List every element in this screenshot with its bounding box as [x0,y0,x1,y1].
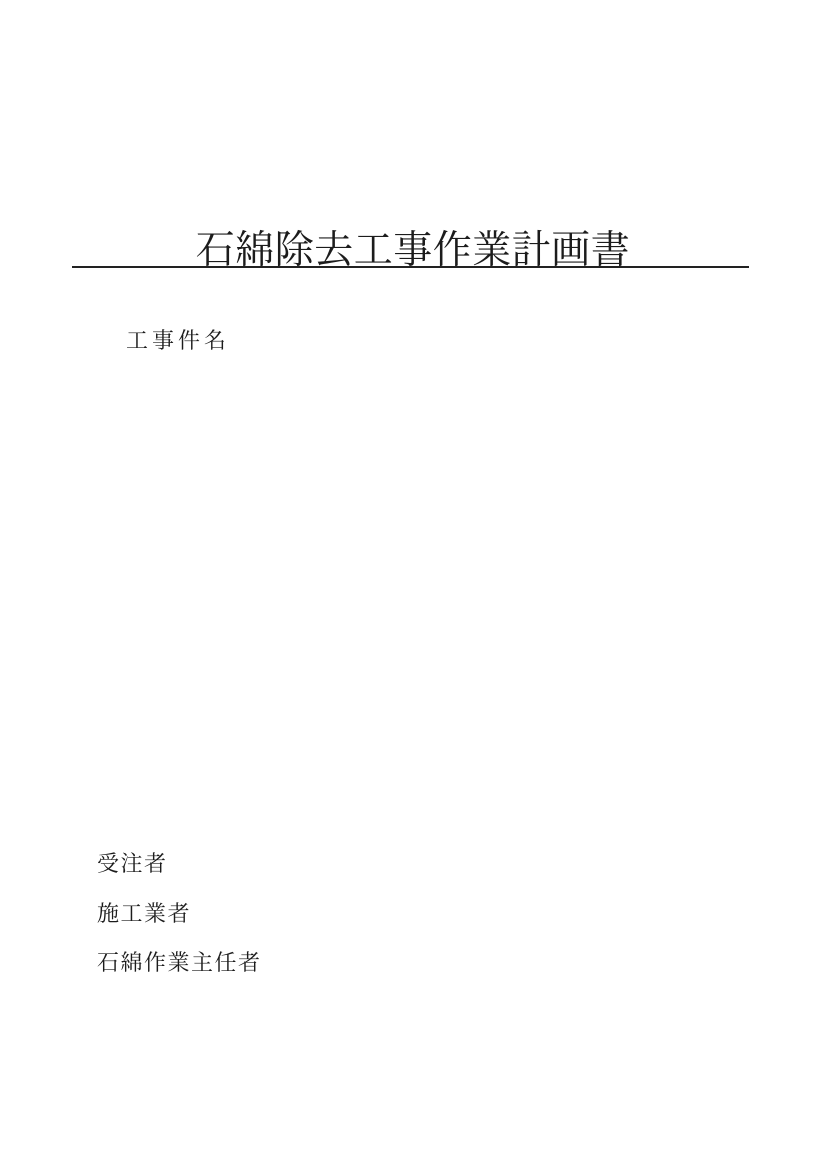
party-label-asbestos-chief: 石綿作業主任者 [97,951,262,975]
party-label-contractor: 施工業者 [97,902,191,926]
document-page: 石綿除去工事作業計画書 工事件名 受注者 施工業者 石綿作業主任者 [0,0,826,1169]
project-name-label: 工事件名 [126,329,230,353]
party-label-orderer: 受注者 [97,852,168,876]
title-underline-rule [72,266,749,268]
